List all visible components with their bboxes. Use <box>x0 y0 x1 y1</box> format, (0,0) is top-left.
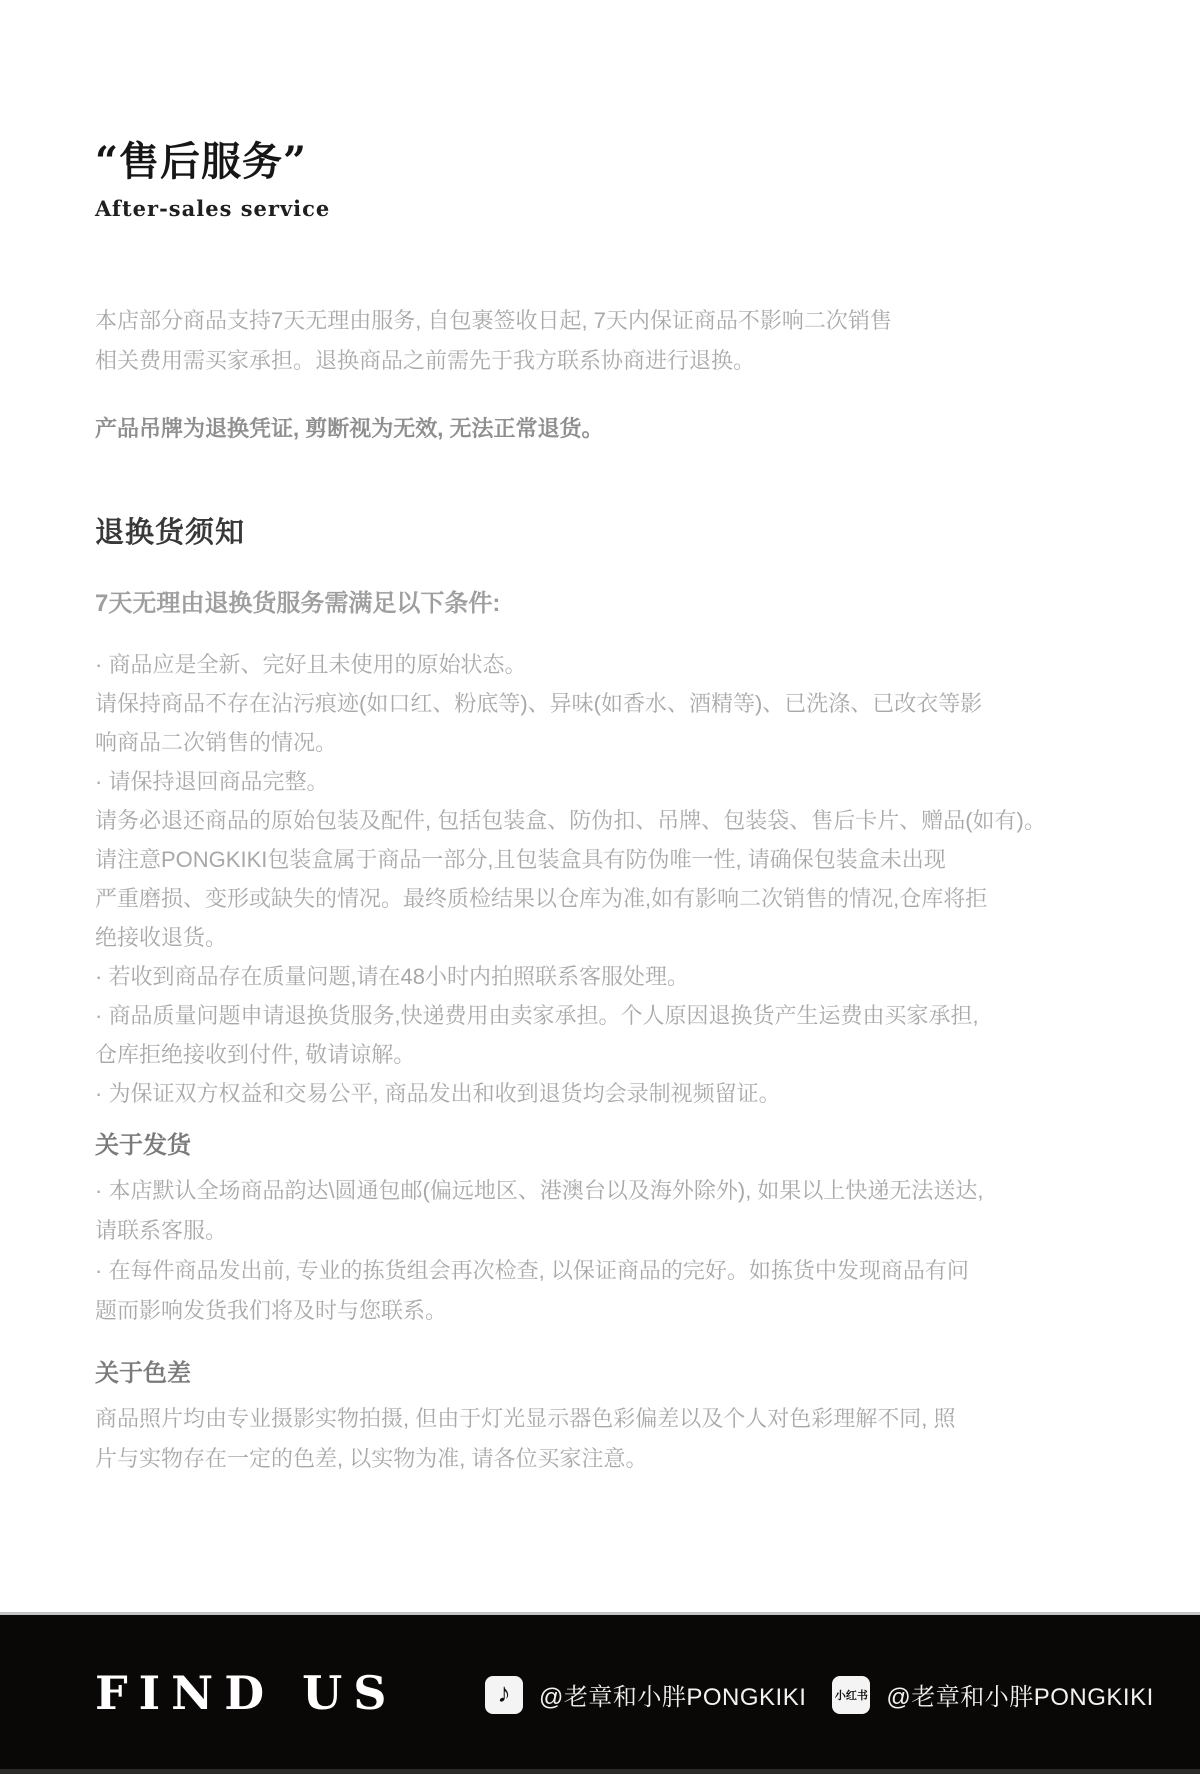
list-item: 请联系客服。 <box>95 1211 1105 1251</box>
returns-condition-title: 7天无理由退换货服务需满足以下条件: <box>95 589 1105 619</box>
intro-line: 本店部分商品支持7天无理由服务, 自包裹签收日起, 7天内保证商品不影响二次销售 <box>95 301 1105 341</box>
list-item: 绝接收退货。 <box>95 918 1105 957</box>
hangtag-notice: 产品吊牌为退换凭证, 剪断视为无效, 无法正常退货。 <box>95 413 1105 445</box>
list-item: · 若收到商品存在质量问题,请在48小时内拍照联系客服处理。 <box>95 957 1105 996</box>
page-content: “售后服务” After-sales service 本店部分商品支持7天无理由… <box>0 0 1200 1479</box>
douyin-icon: ♪ <box>485 1676 523 1714</box>
returns-heading: 退换货须知 <box>95 515 1105 551</box>
list-item: · 本店默认全场商品韵达\圆通包邮(偏远地区、港澳台以及海外除外), 如果以上快… <box>95 1171 1105 1211</box>
intro-line: 相关费用需买家承担。退换商品之前需先于我方联系协商进行退换。 <box>95 341 1105 381</box>
list-item: 仓库拒绝接收到付件, 敬请谅解。 <box>95 1035 1105 1074</box>
page-title: “售后服务” <box>95 140 1105 184</box>
intro-paragraph: 本店部分商品支持7天无理由服务, 自包裹签收日起, 7天内保证商品不影响二次销售… <box>95 301 1105 381</box>
xiaohongshu-account[interactable]: 小红书 @老章和小胖PONGKIKI <box>832 1676 1153 1714</box>
page-subtitle: After-sales service <box>95 196 1105 221</box>
xiaohongshu-wordmark: 小红书 <box>835 1687 868 1703</box>
xiaohongshu-handle: @老章和小胖PONGKIKI <box>886 1677 1153 1712</box>
list-item: · 在每件商品发出前, 专业的拣货组会再次检查, 以保证商品的完好。如拣货中发现… <box>95 1251 1105 1291</box>
returns-list: · 商品应是全新、完好且未使用的原始状态。 请保持商品不存在沾污痕迹(如口红、粉… <box>95 645 1105 1113</box>
color-diff-heading: 关于色差 <box>95 1357 1105 1391</box>
list-item: 请保持商品不存在沾污痕迹(如口红、粉底等)、异味(如香水、酒精等)、已洗涤、已改… <box>95 684 1105 723</box>
list-item: · 为保证双方权益和交易公平, 商品发出和收到退货均会录制视频留证。 <box>95 1074 1105 1113</box>
shipping-heading: 关于发货 <box>95 1129 1105 1163</box>
list-item: · 商品应是全新、完好且未使用的原始状态。 <box>95 645 1105 684</box>
footer: FIND US ♪ @老章和小胖PONGKIKI 小红书 @老章和小胖PONGK… <box>0 1612 1200 1774</box>
list-item: 商品照片均由专业摄影实物拍摄, 但由于灯光显示器色彩偏差以及个人对色彩理解不同,… <box>95 1399 1105 1439</box>
list-item: 严重磨损、变形或缺失的情况。最终质检结果以仓库为准,如有影响二次销售的情况,仓库… <box>95 879 1105 918</box>
footer-bottom-strip <box>0 1769 1200 1774</box>
after-sales-page: “售后服务” After-sales service 本店部分商品支持7天无理由… <box>0 0 1200 1774</box>
douyin-handle: @老章和小胖PONGKIKI <box>539 1677 806 1712</box>
xiaohongshu-icon: 小红书 <box>832 1676 870 1714</box>
list-item: · 请保持退回商品完整。 <box>95 762 1105 801</box>
list-item: 响商品二次销售的情况。 <box>95 723 1105 762</box>
list-item: 请务必退还商品的原始包装及配件, 包括包装盒、防伪扣、吊牌、包装袋、售后卡片、赠… <box>95 801 1105 840</box>
list-item: · 商品质量问题申请退换货服务,快递费用由卖家承担。个人原因退换货产生运费由买家… <box>95 996 1105 1035</box>
list-item: 请注意PONGKIKI包装盒属于商品一部分,且包装盒具有防伪唯一性, 请确保包装… <box>95 840 1105 879</box>
douyin-account[interactable]: ♪ @老章和小胖PONGKIKI <box>485 1676 806 1714</box>
shipping-list: · 本店默认全场商品韵达\圆通包邮(偏远地区、港澳台以及海外除外), 如果以上快… <box>95 1171 1105 1331</box>
social-accounts: ♪ @老章和小胖PONGKIKI 小红书 @老章和小胖PONGKIKI <box>485 1676 1154 1714</box>
music-note-glyph: ♪ <box>497 1680 511 1707</box>
list-item: 片与实物存在一定的色差, 以实物为准, 请各位买家注意。 <box>95 1439 1105 1479</box>
find-us-label: FIND US <box>95 1665 397 1719</box>
color-diff-paragraph: 商品照片均由专业摄影实物拍摄, 但由于灯光显示器色彩偏差以及个人对色彩理解不同,… <box>95 1399 1105 1479</box>
list-item: 题而影响发货我们将及时与您联系。 <box>95 1291 1105 1331</box>
